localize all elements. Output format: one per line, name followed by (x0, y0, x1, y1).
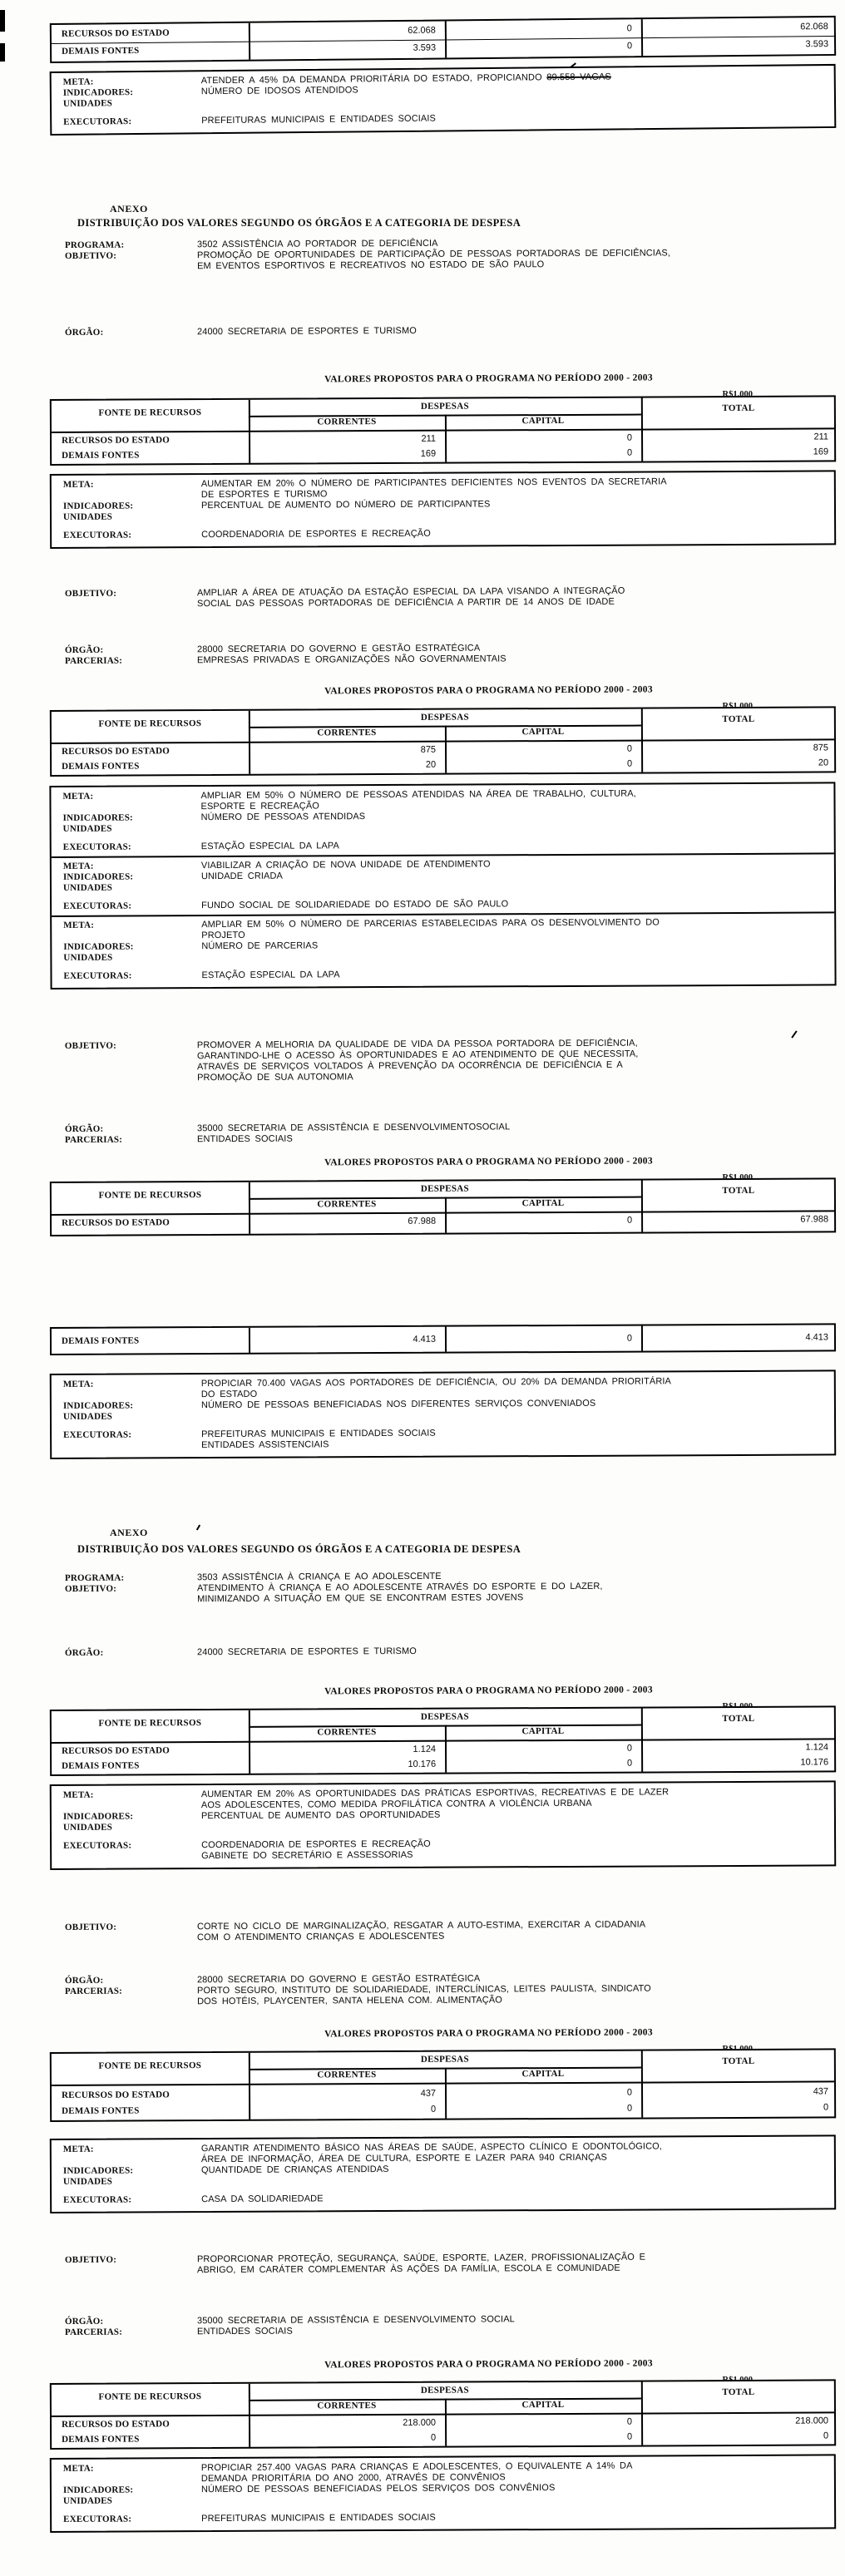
cell-correntes: 0 (259, 2433, 436, 2444)
header-fonte-de-recursos: FONTE DE RECURSOS (52, 407, 249, 418)
header-total: TOTAL (641, 2055, 836, 2066)
objetivo-label: OBJETIVO: (65, 1040, 197, 1052)
executoras-label: EXECUTORAS: (63, 2194, 201, 2206)
cell-capital: 0 (456, 759, 632, 770)
column-divider (445, 1725, 447, 1773)
executoras-label: EXECUTORAS: (63, 1840, 201, 1852)
meta-label: META: (63, 861, 201, 872)
valores-table: FONTE DE RECURSOS DESPESAS TOTAL CORRENT… (50, 1705, 836, 1776)
cell-total: 1.124 (652, 1742, 828, 1753)
meta-label: META: (63, 920, 201, 931)
header-correntes: CORRENTES (249, 728, 445, 738)
cell-correntes: 1.124 (259, 1744, 436, 1755)
objetivo-label: OBJETIVO: (65, 588, 197, 600)
meta-label: META: (63, 1379, 201, 1390)
valores-table: FONTE DE RECURSOS DESPESAS TOTAL CORRENT… (50, 395, 836, 466)
header-capital: CAPITAL (445, 416, 641, 427)
cell-correntes: 3.593 (259, 43, 436, 55)
header-despesas: DESPESAS (249, 712, 641, 723)
header-fonte-de-recursos: FONTE DE RECURSOS (52, 1718, 249, 1729)
cell-capital: 0 (456, 2104, 632, 2115)
header-fonte-de-recursos: FONTE DE RECURSOS (52, 1190, 249, 1201)
valores-table: FONTE DE RECURSOS DESPESAS TOTAL CORRENT… (50, 2048, 836, 2122)
cell-total: 211 (652, 432, 828, 442)
text-line: COM O ATENDIMENTO CRIANÇAS E ADOLESCENTE… (197, 1930, 813, 1944)
orgao-parcerias-block: ÓRGÃO: 28000 SECRETARIA DO GOVERNO E GES… (65, 1972, 813, 2008)
meta-value: PROPICIAR 70.400 VAGAS AOS PORTADORES DE… (201, 1375, 826, 1400)
meta-label: META: (63, 2144, 201, 2155)
column-divider (249, 1182, 250, 1234)
parcerias-value: EMPRESAS PRIVADAS E ORGANIZAÇÕES NÃO GOV… (197, 653, 813, 667)
orgao-parcerias-block: ÓRGÃO: 35000 SECRETARIA DE ASSISTÊNCIA E… (65, 1121, 813, 1146)
document-heading: DISTRIBUIÇÃO DOS VALORES SEGUNDO OS ÓRGÃ… (77, 217, 521, 229)
executoras-label: EXECUTORAS: (63, 530, 201, 541)
cell-correntes: 875 (259, 745, 436, 756)
header-despesas: DESPESAS (249, 1711, 641, 1723)
unidades-label: UNIDADES (63, 823, 201, 835)
objetivo-value: AMPLIAR A ÁREA DE ATUAÇÃO DA ESTAÇÃO ESP… (197, 585, 813, 610)
cell-capital: 0 (456, 23, 632, 35)
objetivo-label: OBJETIVO: (65, 1583, 197, 1595)
row-label: RECURSOS DO ESTADO (62, 435, 170, 446)
cell-correntes: 169 (259, 449, 436, 460)
header-despesas: DESPESAS (249, 2054, 641, 2065)
valores-title: VALORES PROPOSTOS PARA O PROGRAMA NO PER… (50, 372, 836, 386)
objetivo-value: CORTE NO CICLO DE MARGINALIZAÇÃO, RESGAT… (197, 1919, 813, 1944)
valores-title: VALORES PROPOSTOS PARA O PROGRAMA NO PER… (50, 2357, 836, 2371)
column-divider (249, 1328, 250, 1353)
meta-box: META: AUMENTAR EM 20% AS OPORTUNIDADES D… (50, 1780, 836, 1870)
row-label: RECURSOS DO ESTADO (62, 28, 170, 39)
executoras-value: PREFEITURAS MUNICIPAIS E ENTIDADES SOCIA… (201, 2510, 826, 2524)
row-label: DEMAIS FONTES (62, 1760, 139, 1770)
valores-table-part1: FONTE DE RECURSOS DESPESAS TOTAL CORRENT… (50, 1177, 836, 1236)
orgao-block: ÓRGÃO: 24000 SECRETARIA DE ESPORTES E TU… (65, 324, 813, 338)
row-label: DEMAIS FONTES (62, 761, 139, 771)
header-total: TOTAL (641, 2386, 836, 2397)
header-total: TOTAL (641, 1713, 836, 1724)
cell-total: 0 (652, 2430, 828, 2441)
indicadores-label: INDICADORES: (63, 1400, 201, 1412)
header-correntes: CORRENTES (249, 1199, 445, 1210)
cell-total: 20 (652, 758, 828, 768)
programa-objetivo-block: PROGRAMA: 3503 ASSISTÊNCIA À CRIANÇA E A… (65, 1570, 813, 1606)
row-label: DEMAIS FONTES (62, 450, 139, 460)
scanned-document-page: RECURSOS DO ESTADO 62.068 0 62.068 DEMAI… (0, 0, 845, 2576)
valores-title: VALORES PROPOSTOS PARA O PROGRAMA NO PER… (50, 1155, 836, 1169)
column-divider (445, 2399, 447, 2446)
objetivo-block: OBJETIVO: PROMOVER A MELHORIA DA QUALIDA… (65, 1038, 813, 1084)
objetivo-value: PROMOÇÃO DE OPORTUNIDADES DE PARTICIPAÇÃ… (197, 248, 813, 273)
orgao-label: ÓRGÃO: (65, 1123, 197, 1135)
text-line: MINIMIZANDO A SITUAÇÃO EM QUE SE ENCONTR… (197, 1591, 813, 1606)
header-despesas: DESPESAS (249, 2385, 641, 2396)
row-label: RECURSOS DO ESTADO (62, 2090, 170, 2100)
meta-label: META: (63, 1789, 201, 1801)
row-label: DEMAIS FONTES (62, 2434, 139, 2444)
cell-correntes: 20 (259, 760, 436, 771)
pen-mark (196, 1524, 200, 1530)
cell-capital: 0 (456, 2417, 632, 2428)
cell-capital: 0 (456, 1744, 632, 1754)
unidades-label: UNIDADES (63, 1411, 201, 1423)
header-despesas: DESPESAS (249, 1183, 641, 1195)
text-line: ENTIDADES ASSISTENCIAIS (201, 1437, 826, 1451)
cell-capital: 0 (456, 41, 632, 52)
text-line: PROMOÇÃO DE SUA AUTONOMIA (197, 1070, 813, 1084)
meta-value: AMPLIAR EM 50% O NÚMERO DE PESSOAS ATEND… (200, 787, 825, 812)
objetivo-block: OBJETIVO: AMPLIAR A ÁREA DE ATUAÇÃO DA E… (65, 585, 813, 610)
cell-total: 437 (652, 2086, 828, 2097)
indicadores-label: INDICADORES: (63, 501, 201, 512)
executoras-label: EXECUTORAS: (63, 841, 201, 853)
executoras-value: FUNDO SOCIAL DE SOLIDARIEDADE DO ESTADO … (201, 897, 826, 911)
cell-correntes: 10.176 (259, 1759, 436, 1770)
objetivo-block: OBJETIVO: PROPORCIONAR PROTEÇÃO, SEGURAN… (65, 2252, 813, 2277)
meta-value: AMPLIAR EM 50% O NÚMERO DE PARCERIAS EST… (201, 916, 826, 941)
row-label: DEMAIS FONTES (62, 1335, 139, 1345)
orgao-value: 24000 SECRETARIA DE ESPORTES E TURISMO (197, 324, 813, 338)
orgao-label: ÓRGÃO: (65, 2316, 197, 2327)
objetivo-block: OBJETIVO: CORTE NO CICLO DE MARGINALIZAÇ… (65, 1919, 813, 1944)
valores-title: VALORES PROPOSTOS PARA O PROGRAMA NO PER… (50, 1684, 836, 1698)
indicadores-label: INDICADORES: (63, 941, 201, 953)
header-capital: CAPITAL (445, 727, 641, 738)
column-divider (249, 2053, 250, 2120)
executoras-value: CASA DA SOLIDARIEDADE (201, 2191, 826, 2205)
header-total: TOTAL (641, 1185, 836, 1196)
document-heading: DISTRIBUIÇÃO DOS VALORES SEGUNDO OS ÓRGÃ… (77, 1543, 521, 1556)
meta-box: META: PROPICIAR 257.400 VAGAS PARA CRIAN… (50, 2454, 836, 2533)
cell-total: 3.593 (652, 39, 828, 51)
meta-separator (52, 852, 834, 858)
header-correntes: CORRENTES (249, 1727, 445, 1738)
meta-label: META: (63, 2463, 201, 2475)
cell-correntes: 211 (259, 434, 436, 445)
parcerias-value: ENTIDADES SOCIAIS (197, 1132, 813, 1146)
cell-capital: 0 (456, 448, 632, 459)
column-divider (641, 2051, 643, 2118)
executoras-value: PREFEITURAS MUNICIPAIS E ENTIDADES SOCIA… (201, 1426, 826, 1451)
anexo-label: ANEXO (110, 1527, 148, 1539)
row-label: RECURSOS DO ESTADO (62, 1745, 170, 1756)
valores-table: FONTE DE RECURSOS DESPESAS TOTAL CORRENT… (50, 2379, 836, 2450)
column-divider (445, 726, 447, 773)
column-divider (445, 415, 447, 462)
cell-total: 62.068 (652, 22, 828, 33)
cell-total: 4.413 (652, 1332, 828, 1343)
row-label: DEMAIS FONTES (62, 2105, 139, 2115)
row-divider (52, 2080, 834, 2086)
executoras-label: EXECUTORAS: (63, 2514, 201, 2525)
cell-total: 169 (652, 447, 828, 457)
parcerias-value: ENTIDADES SOCIAIS (197, 2324, 813, 2338)
header-fonte-de-recursos: FONTE DE RECURSOS (52, 718, 249, 729)
executoras-value: ESTAÇÃO ESPECIAL DA LAPA (201, 967, 826, 981)
meta-text-struck: 89.558 VAGAS (546, 72, 611, 83)
cell-capital: 0 (456, 744, 632, 755)
valores-table: FONTE DE RECURSOS DESPESAS TOTAL CORRENT… (50, 706, 836, 777)
cell-capital: 0 (456, 2432, 632, 2443)
parcerias-value: PORTO SEGURO, INSTITUTO DE SOLIDARIEDADE… (197, 1983, 813, 2008)
cell-total: 218.000 (652, 2416, 828, 2426)
header-total: TOTAL (641, 402, 836, 413)
orgao-parcerias-block: ÓRGÃO: 28000 SECRETARIA DO GOVERNO E GES… (65, 642, 813, 667)
column-divider (445, 1197, 447, 1233)
header-capital: CAPITAL (445, 2400, 641, 2411)
executoras-label: EXECUTORAS: (63, 1429, 201, 1441)
header-total: TOTAL (641, 713, 836, 724)
valores-table-fragment: RECURSOS DO ESTADO 62.068 0 62.068 DEMAI… (50, 16, 836, 63)
indicadores-label: INDICADORES: (63, 2485, 201, 2496)
row-label: DEMAIS FONTES (62, 46, 139, 57)
orgao-label: ÓRGÃO: (65, 644, 197, 656)
programa-objetivo-block: PROGRAMA: 3502 ASSISTÊNCIA AO PORTADOR D… (65, 237, 813, 273)
parcerias-label: PARCERIAS: (65, 655, 197, 667)
cell-total: 875 (652, 743, 828, 753)
row-label: RECURSOS DO ESTADO (62, 746, 170, 757)
valores-title: VALORES PROPOSTOS PARA O PROGRAMA NO PER… (50, 2026, 836, 2041)
header-capital: CAPITAL (445, 1198, 641, 1209)
header-correntes: CORRENTES (249, 2401, 445, 2411)
cell-total: 10.176 (652, 1757, 828, 1768)
cell-capital: 0 (456, 1334, 632, 1345)
executoras-label: EXECUTORAS: (63, 116, 201, 128)
cell-correntes: 4.413 (259, 1335, 436, 1345)
unidades-label: UNIDADES (63, 2495, 201, 2507)
header-capital: CAPITAL (445, 2069, 641, 2080)
cell-total: 67.988 (652, 1214, 828, 1225)
parcerias-label: PARCERIAS: (65, 1134, 197, 1146)
executoras-label: EXECUTORAS: (63, 970, 201, 982)
column-divider (445, 1327, 447, 1352)
meta-label: META: (62, 791, 200, 802)
parcerias-label: PARCERIAS: (65, 1986, 197, 1997)
orgao-value: 24000 SECRETARIA DE ESPORTES E TURISMO (197, 1645, 813, 1659)
cell-correntes: 67.988 (259, 1216, 436, 1227)
cell-capital: 0 (456, 1759, 632, 1769)
cell-capital: 0 (456, 1216, 632, 1226)
header-capital: CAPITAL (445, 1726, 641, 1737)
programa-label: PROGRAMA: (65, 1572, 197, 1584)
orgao-parcerias-block: ÓRGÃO: 35000 SECRETARIA DE ASSISTÊNCIA E… (65, 2313, 813, 2338)
programa-label: PROGRAMA: (65, 239, 197, 251)
parcerias-label: PARCERIAS: (65, 2327, 197, 2338)
objetivo-value: PROPORCIONAR PROTEÇÃO, SEGURANÇA, SAÚDE,… (197, 2252, 813, 2277)
executoras-value: ESTAÇÃO ESPECIAL DA LAPA (201, 838, 826, 852)
objetivo-label: OBJETIVO: (65, 1922, 197, 1933)
meta-value: AUMENTAR EM 20% AS OPORTUNIDADES DAS PRÁ… (201, 1786, 826, 1811)
anexo-label: ANEXO (110, 203, 148, 215)
header-despesas: DESPESAS (249, 401, 641, 412)
meta-box: META: ATENDER A 45% DA DEMANDA PRIORITÁR… (50, 64, 837, 136)
objetivo-value: ATENDIMENTO À CRIANÇA E AO ADOLESCENTE A… (197, 1581, 813, 1606)
executoras-value: COORDENADORIA DE ESPORTES E RECREAÇÃO (201, 526, 826, 540)
header-fonte-de-recursos: FONTE DE RECURSOS (52, 2060, 249, 2071)
scan-edge-artifact (0, 43, 5, 62)
text-line: SOCIAL DAS PESSOAS PORTADORAS DE DEFICIÊ… (197, 596, 813, 610)
unidades-label: UNIDADES (63, 511, 201, 523)
indicadores-label: INDICADORES: (63, 871, 201, 883)
unidades-label: UNIDADES (63, 2176, 201, 2188)
text-line: ABRIGO, EM CARÁTER COMPLEMENTAR ÀS AÇÕES… (197, 2263, 813, 2277)
unidades-label: UNIDADES (63, 952, 201, 964)
indicadores-label: INDICADORES: (63, 2165, 201, 2177)
executoras-label: EXECUTORAS: (63, 901, 201, 912)
meta-box: META: AUMENTAR EM 20% O NÚMERO DE PARTIC… (50, 470, 836, 549)
objetivo-value: PROMOVER A MELHORIA DA QUALIDADE DE VIDA… (197, 1038, 813, 1084)
unidades-label: UNIDADES (63, 882, 201, 894)
indicadores-label: INDICADORES: (63, 1811, 201, 1823)
meta-label: META: (63, 479, 201, 491)
objetivo-label: OBJETIVO: (65, 2254, 197, 2266)
meta-box: META: PROPICIAR 70.400 VAGAS AOS PORTADO… (50, 1369, 836, 1459)
row-label: RECURSOS DO ESTADO (62, 2419, 170, 2430)
cell-correntes: 62.068 (259, 26, 436, 37)
orgao-label: ÓRGÃO: (65, 1647, 197, 1659)
cell-total: 0 (652, 2102, 828, 2113)
cell-correntes: 437 (259, 2089, 436, 2100)
header-fonte-de-recursos: FONTE DE RECURSOS (52, 2391, 249, 2402)
valores-table-part2: DEMAIS FONTES 4.413 0 4.413 (50, 1323, 836, 1355)
meta-box-multi: META: AMPLIAR EM 50% O NÚMERO DE PESSOAS… (49, 782, 836, 989)
orgao-label: ÓRGÃO: (65, 1975, 197, 1986)
meta-value: PROPICIAR 257.400 VAGAS PARA CRIANÇAS E … (201, 2460, 826, 2485)
column-divider (641, 1181, 643, 1232)
orgao-block: ÓRGÃO: 24000 SECRETARIA DE ESPORTES E TU… (65, 1645, 813, 1659)
unidades-label: UNIDADES (63, 1822, 201, 1833)
scan-edge-artifact (0, 10, 5, 32)
meta-box: META: GARANTIR ATENDIMENTO BÁSICO NAS ÁR… (50, 2134, 836, 2213)
cell-correntes: 218.000 (259, 2418, 436, 2429)
meta-separator (52, 911, 834, 917)
meta-value: GARANTIR ATENDIMENTO BÁSICO NAS ÁREAS DE… (201, 2140, 826, 2165)
valores-title: VALORES PROPOSTOS PARA O PROGRAMA NO PER… (50, 683, 836, 698)
cell-capital: 0 (456, 433, 632, 444)
text-line: EM EVENTOS ESPORTIVOS E RECREATIVOS NO E… (197, 259, 813, 273)
column-divider (445, 2068, 447, 2119)
text-line: GABINETE DO SECRETÁRIO E ASSESSORIAS (201, 1848, 826, 1862)
executoras-value: COORDENADORIA DE ESPORTES E RECREAÇÃO GA… (201, 1837, 826, 1862)
meta-value: AUMENTAR EM 20% O NÚMERO DE PARTICIPANTE… (201, 476, 826, 501)
indicadores-label: INDICADORES: (63, 812, 201, 824)
cell-capital: 0 (456, 2088, 632, 2099)
unidades-label: UNIDADES (63, 97, 201, 110)
column-divider (641, 1326, 643, 1351)
cell-correntes: 0 (259, 2105, 436, 2115)
text-line: DOS HOTÉIS, PLAYCENTER, SANTA HELENA COM… (197, 1994, 813, 2008)
row-label: RECURSOS DO ESTADO (62, 1217, 170, 1228)
header-correntes: CORRENTES (249, 2070, 445, 2080)
objetivo-label: OBJETIVO: (65, 250, 197, 262)
header-correntes: CORRENTES (249, 417, 445, 427)
orgao-label: ÓRGÃO: (65, 327, 197, 338)
